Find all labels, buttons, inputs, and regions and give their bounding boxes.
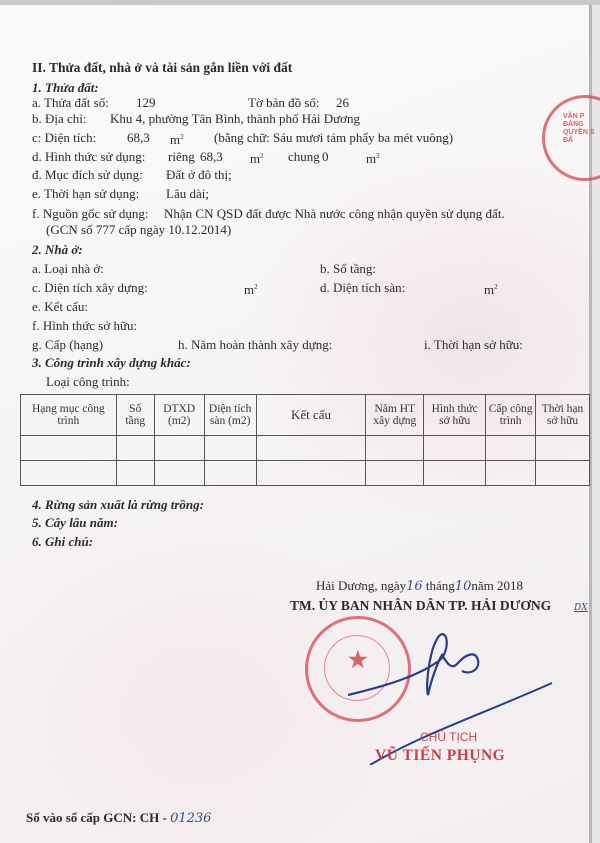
column-header: Hạng mục công trình bbox=[21, 395, 117, 436]
purpose-label: đ. Mục đích sử dụng: bbox=[32, 167, 143, 182]
house-type-label: a. Loại nhà ở: bbox=[32, 261, 104, 276]
area-value: 68,3 bbox=[127, 130, 150, 145]
shared-label: chung bbox=[288, 149, 320, 164]
table-cell bbox=[366, 461, 424, 486]
area-words: (bằng chữ: Sáu mươi tám phẩy ba mét vuôn… bbox=[214, 130, 453, 145]
origin-value: Nhận CN QSD đất được Nhà nước công nhận … bbox=[164, 206, 505, 221]
usage-form-label: d. Hình thức sử dụng: bbox=[32, 149, 145, 164]
parcel-label: a. Thửa đất số: bbox=[32, 95, 109, 110]
private-unit: m2 bbox=[250, 149, 264, 166]
place-date: Hải Dương, ngày16 tháng10năm 2018 bbox=[316, 578, 523, 594]
column-header: Số tầng bbox=[116, 395, 154, 436]
table-cell bbox=[154, 436, 204, 461]
structure-label: e. Kết cấu: bbox=[32, 299, 88, 314]
table-cell bbox=[424, 436, 486, 461]
table-cell bbox=[424, 461, 486, 486]
table-header-row: Hạng mục công trình Số tầng DTXD (m2) Di… bbox=[21, 395, 590, 436]
map-sheet-value: 26 bbox=[336, 95, 349, 110]
map-sheet-label: Tờ bản đồ số: bbox=[248, 95, 320, 110]
month-handwritten: 10 bbox=[455, 579, 472, 594]
private-label: riêng bbox=[168, 149, 195, 164]
works-type-label: Loại công trình: bbox=[46, 374, 130, 389]
address-label: b. Địa chỉ: bbox=[32, 111, 87, 126]
address-value: Khu 4, phường Tân Bình, thành phố Hải Dư… bbox=[110, 111, 360, 126]
other-works-heading: 3. Công trình xây dựng khác: bbox=[32, 355, 191, 370]
forest-heading: 4. Rừng sản xuất là rừng trồng: bbox=[32, 497, 204, 512]
table-cell bbox=[486, 436, 536, 461]
table-cell bbox=[536, 461, 590, 486]
origin-label: f. Nguồn gốc sử dụng: bbox=[32, 206, 148, 221]
term-value: Lâu dài; bbox=[166, 186, 209, 201]
floor-area-label: d. Diện tích sàn: bbox=[320, 280, 405, 295]
column-header: Diện tích sàn (m2) bbox=[204, 395, 256, 436]
table-row bbox=[21, 461, 590, 486]
area-unit: m2 bbox=[170, 130, 184, 147]
private-value: 68,3 bbox=[200, 149, 223, 164]
initials: DX bbox=[574, 601, 588, 616]
column-header: Cấp công trình bbox=[486, 395, 536, 436]
notes-heading: 6. Ghi chú: bbox=[32, 534, 93, 549]
registry-number-handwritten: 01236 bbox=[170, 811, 211, 826]
purpose-value: Đất ở đô thị; bbox=[166, 167, 232, 182]
house-heading: 2. Nhà ở: bbox=[32, 242, 83, 257]
section-title: II. Thửa đất, nhà ở và tài sản gắn liền … bbox=[32, 60, 292, 75]
completion-label: h. Năm hoàn thành xây dựng: bbox=[178, 337, 332, 352]
column-header: Năm HT xây dựng bbox=[366, 395, 424, 436]
build-area-label: c. Diện tích xây dựng: bbox=[32, 280, 148, 295]
grade-label: g. Cấp (hạng) bbox=[32, 337, 103, 352]
column-header: Kết cấu bbox=[256, 395, 366, 436]
table-cell bbox=[21, 436, 117, 461]
signer-position: CHỦ TỊCH bbox=[420, 730, 477, 745]
signer-name: VŨ TIẾN PHỤNG bbox=[375, 748, 505, 763]
registry-number: Số vào sổ cấp GCN: CH - 01236 bbox=[26, 810, 211, 826]
ownership-label: f. Hình thức sở hữu: bbox=[32, 318, 137, 333]
day-handwritten: 16 bbox=[406, 579, 423, 594]
origin-note: (GCN số 777 cấp ngày 10.12.2014) bbox=[46, 222, 231, 237]
column-header: Thời hạn sở hữu bbox=[536, 395, 590, 436]
perennial-heading: 5. Cây lâu năm: bbox=[32, 515, 118, 530]
table-cell bbox=[116, 461, 154, 486]
ownership-term-label: i. Thời hạn sở hữu: bbox=[424, 337, 523, 352]
floor-area-unit: m2 bbox=[484, 280, 498, 297]
shared-unit: m2 bbox=[366, 149, 380, 166]
table-cell bbox=[486, 461, 536, 486]
column-header: DTXD (m2) bbox=[154, 395, 204, 436]
table-cell bbox=[204, 461, 256, 486]
table-cell bbox=[204, 436, 256, 461]
table-cell bbox=[21, 461, 117, 486]
table-row bbox=[21, 436, 590, 461]
authority-title: TM. ỦY BAN NHÂN DÂN TP. HẢI DƯƠNG bbox=[290, 598, 551, 613]
table-cell bbox=[256, 461, 366, 486]
term-label: e. Thời hạn sử dụng: bbox=[32, 186, 139, 201]
area-label: c: Diện tích: bbox=[32, 130, 96, 145]
registry-stamp-text: VĂN P ĐĂNG QUYỀN S ĐẤ bbox=[563, 113, 595, 145]
table-cell bbox=[116, 436, 154, 461]
floors-label: b. Số tầng: bbox=[320, 261, 376, 276]
parcel-value: 129 bbox=[136, 95, 156, 110]
column-header: Hình thức sở hữu bbox=[424, 395, 486, 436]
other-works-table: Hạng mục công trình Số tầng DTXD (m2) Di… bbox=[20, 394, 590, 486]
table-cell bbox=[366, 436, 424, 461]
build-area-unit: m2 bbox=[244, 280, 258, 297]
table-cell bbox=[256, 436, 366, 461]
table-cell bbox=[536, 436, 590, 461]
shared-value: 0 bbox=[322, 149, 329, 164]
table-cell bbox=[154, 461, 204, 486]
land-heading: 1. Thửa đất: bbox=[32, 80, 99, 95]
